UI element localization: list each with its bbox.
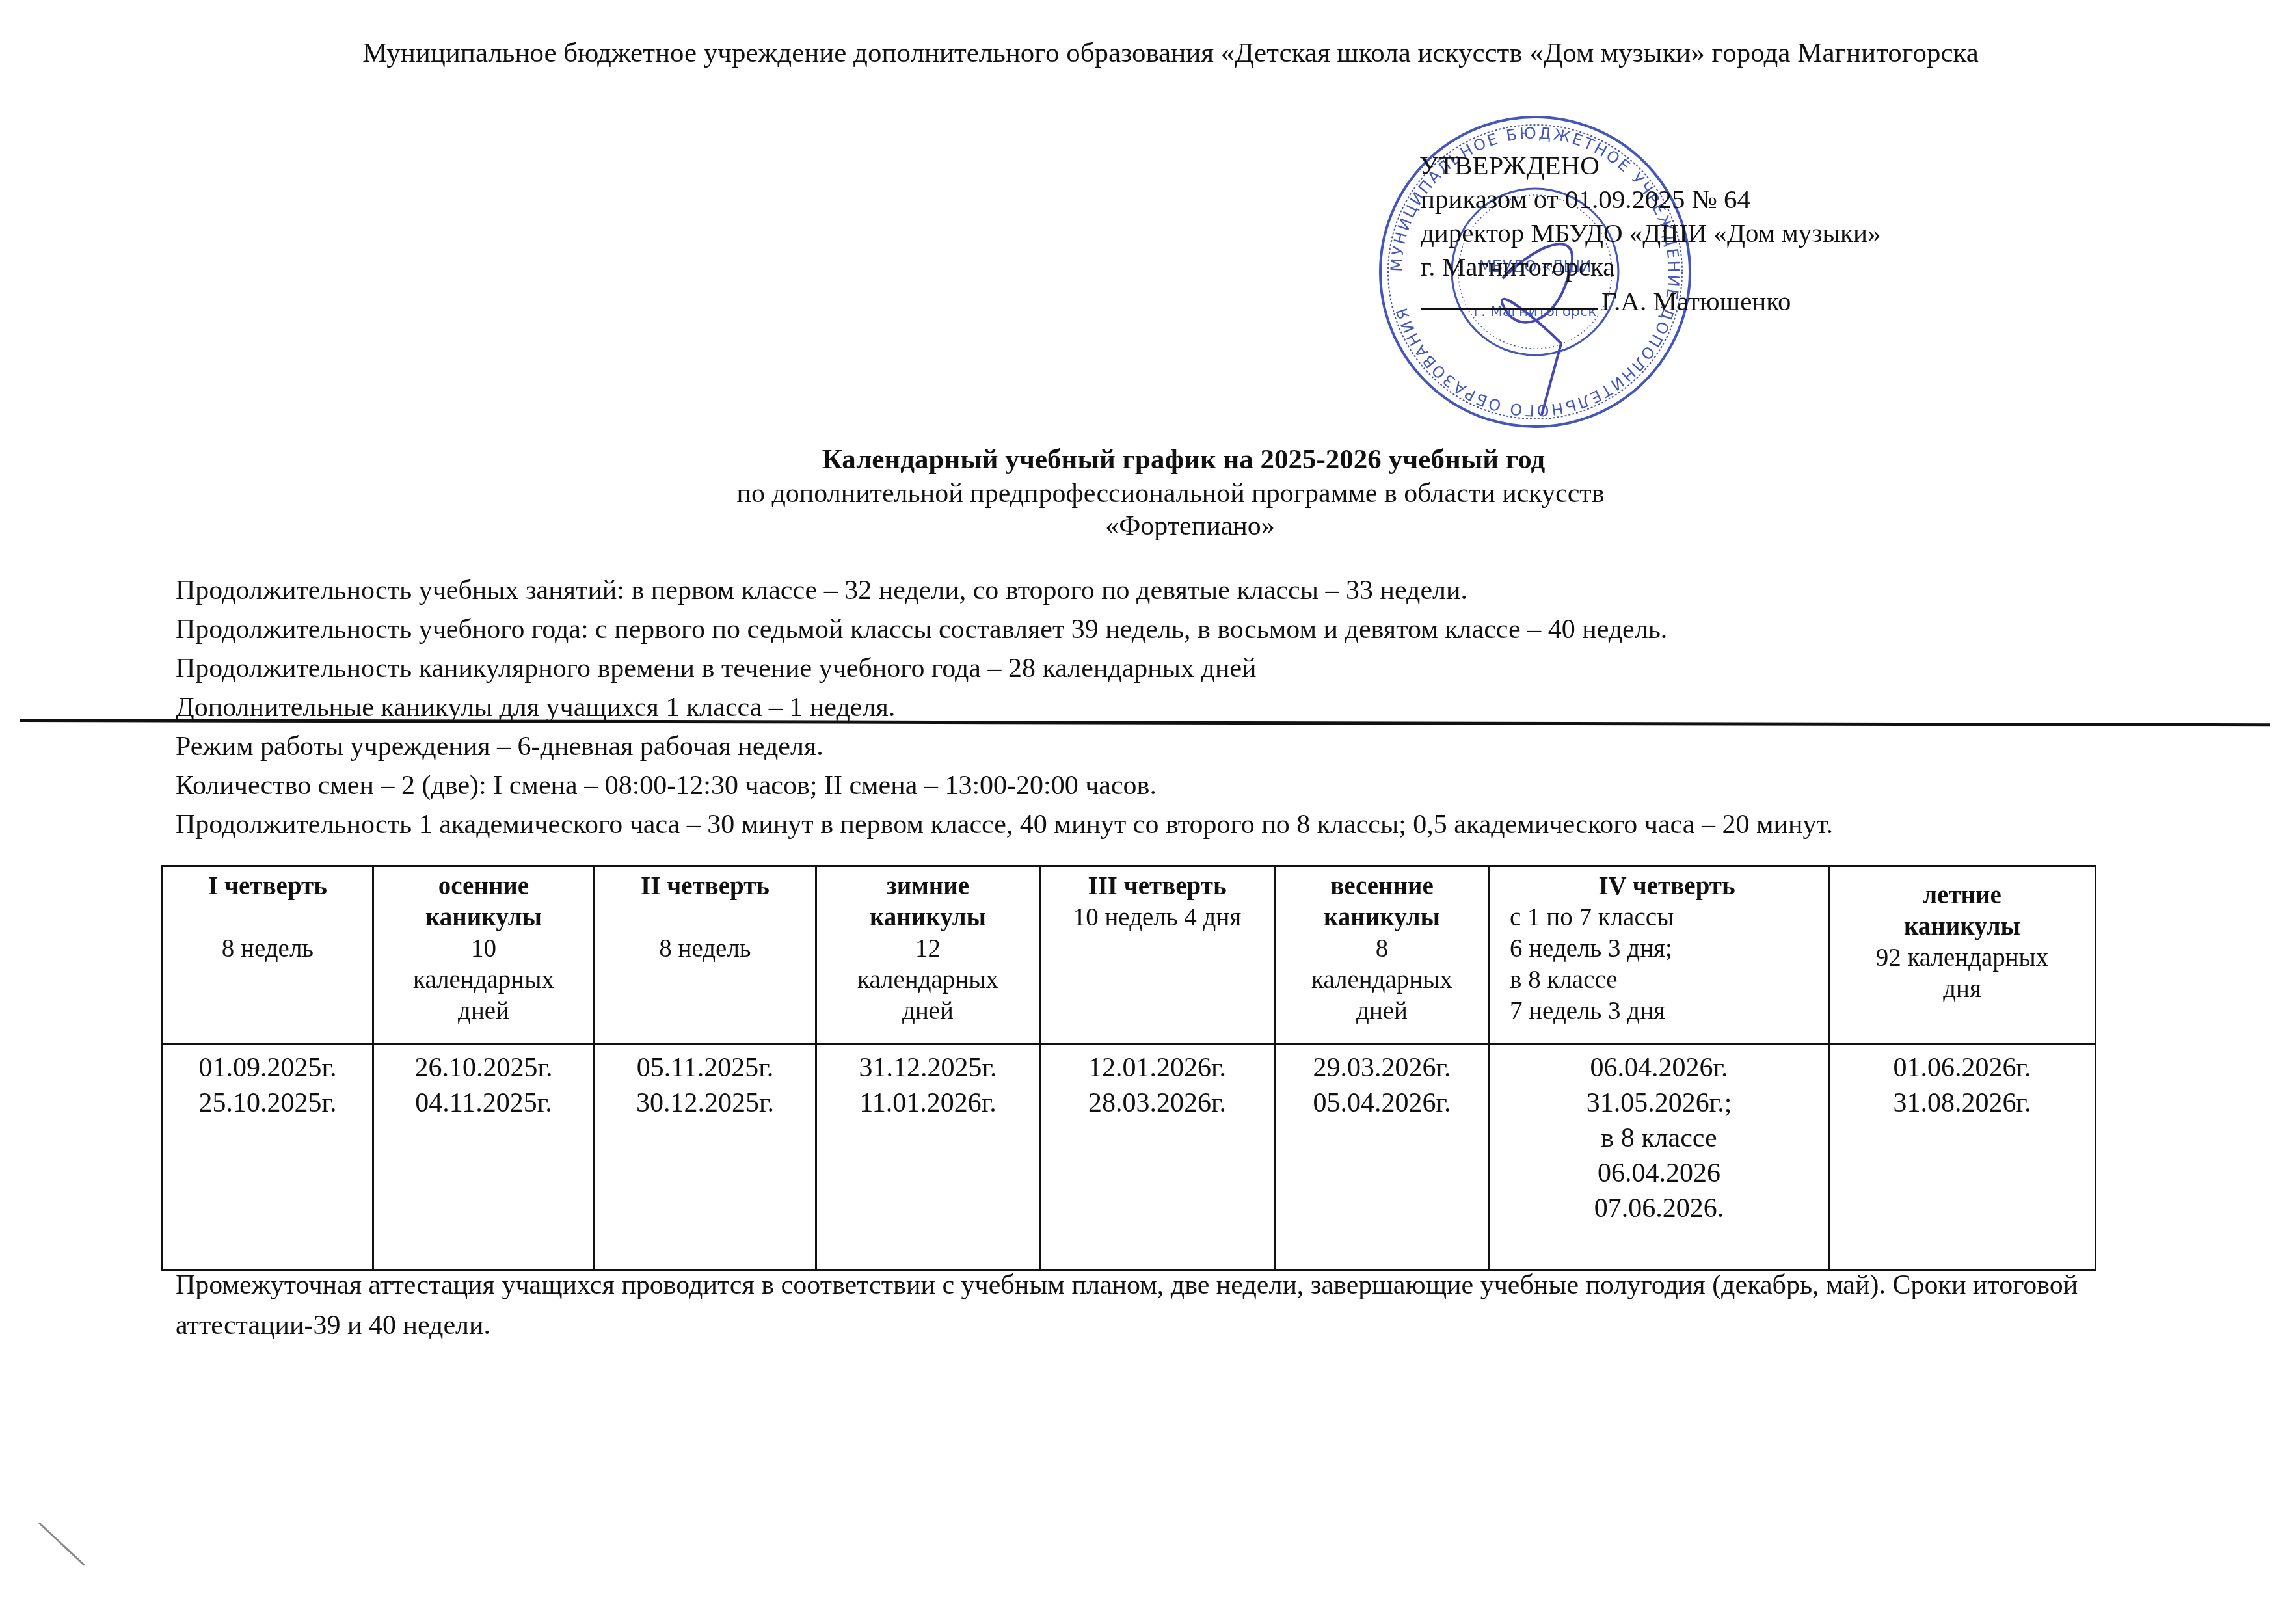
- organization-header: Муниципальное бюджетное учреждение допол…: [0, 34, 2289, 73]
- info-line: Продолжительность каникулярного времени …: [176, 649, 1833, 688]
- signature-blank: [1421, 284, 1598, 310]
- header-cell-q3: III четверть 10 недель 4 дня: [1040, 866, 1275, 1045]
- dates-cell-autumn-break: 26.10.2025г. 04.11.2025г.: [373, 1045, 595, 1270]
- schedule-table: I четверть 8 недель осенние каникулы 10 …: [161, 865, 2096, 1271]
- dates-cell-q2: 05.11.2025г. 30.12.2025г.: [595, 1045, 816, 1270]
- table-header-row: I четверть 8 недель осенние каникулы 10 …: [163, 866, 2096, 1045]
- approval-heading: УТВЕРЖДЕНО: [1419, 148, 1881, 182]
- dates-cell-q1: 01.09.2025г. 25.10.2025г.: [163, 1045, 373, 1270]
- approval-city: г. Магнитогорска: [1421, 250, 1881, 284]
- info-paragraphs: Продолжительность учебных занятий: в пер…: [176, 571, 1833, 844]
- document-title: Календарный учебный график на 2025-2026 …: [0, 442, 2289, 477]
- dates-cell-q4: 06.04.2026г. 31.05.2026г.; в 8 классе 06…: [1490, 1045, 1829, 1270]
- info-line: Продолжительность 1 академического часа …: [176, 805, 1833, 844]
- header-cell-winter-break: зимние каникулы 12 календарных дней: [816, 866, 1040, 1045]
- header-cell-autumn-break: осенние каникулы 10 календарных дней: [373, 866, 595, 1045]
- info-line: Количество смен – 2 (две): I смена – 08:…: [176, 766, 1833, 805]
- document-subtitle: по дополнительной предпрофессиональной п…: [0, 477, 2289, 510]
- table-dates-row: 01.09.2025г. 25.10.2025г. 26.10.2025г. 0…: [163, 1045, 2096, 1270]
- document-title-block: Календарный учебный график на 2025-2026 …: [0, 442, 2289, 542]
- signature-line: Г.А. Матюшенко: [1421, 284, 1881, 318]
- dates-cell-winter-break: 31.12.2025г. 11.01.2026г.: [816, 1045, 1040, 1270]
- header-cell-q4: IV четверть с 1 по 7 классы 6 недель 3 д…: [1490, 866, 1829, 1045]
- info-line: Продолжительность учебного года: с перво…: [176, 610, 1833, 649]
- header-cell-spring-break: весенние каникулы 8 календарных дней: [1275, 866, 1490, 1045]
- program-name: «Фортепиано»: [0, 510, 2289, 542]
- approval-signatory: Г.А. Матюшенко: [1601, 286, 1791, 316]
- approval-position: директор МБУДО «ДШИ «Дом музыки»: [1421, 216, 1881, 250]
- attestation-note: Промежуточная аттестация учащихся провод…: [176, 1265, 2127, 1346]
- dates-cell-q3: 12.01.2026г. 28.03.2026г.: [1040, 1045, 1275, 1270]
- approval-order: приказом от 01.09.2025 № 64: [1421, 182, 1881, 216]
- dates-cell-spring-break: 29.03.2026г. 05.04.2026г.: [1275, 1045, 1490, 1270]
- info-line: Продолжительность учебных занятий: в пер…: [176, 571, 1833, 610]
- header-cell-q1: I четверть 8 недель: [163, 866, 373, 1045]
- info-line: Режим работы учреждения – 6-дневная рабо…: [176, 727, 1833, 766]
- header-cell-q2: II четверть 8 недель: [595, 866, 816, 1045]
- header-cell-summer-break: летние каникулы 92 календарных дня: [1829, 866, 2096, 1045]
- approval-block: УТВЕРЖДЕНО приказом от 01.09.2025 № 64 д…: [1419, 148, 1881, 318]
- dates-cell-summer-break: 01.06.2026г. 31.08.2026г.: [1829, 1045, 2096, 1270]
- scan-mark: [38, 1522, 85, 1565]
